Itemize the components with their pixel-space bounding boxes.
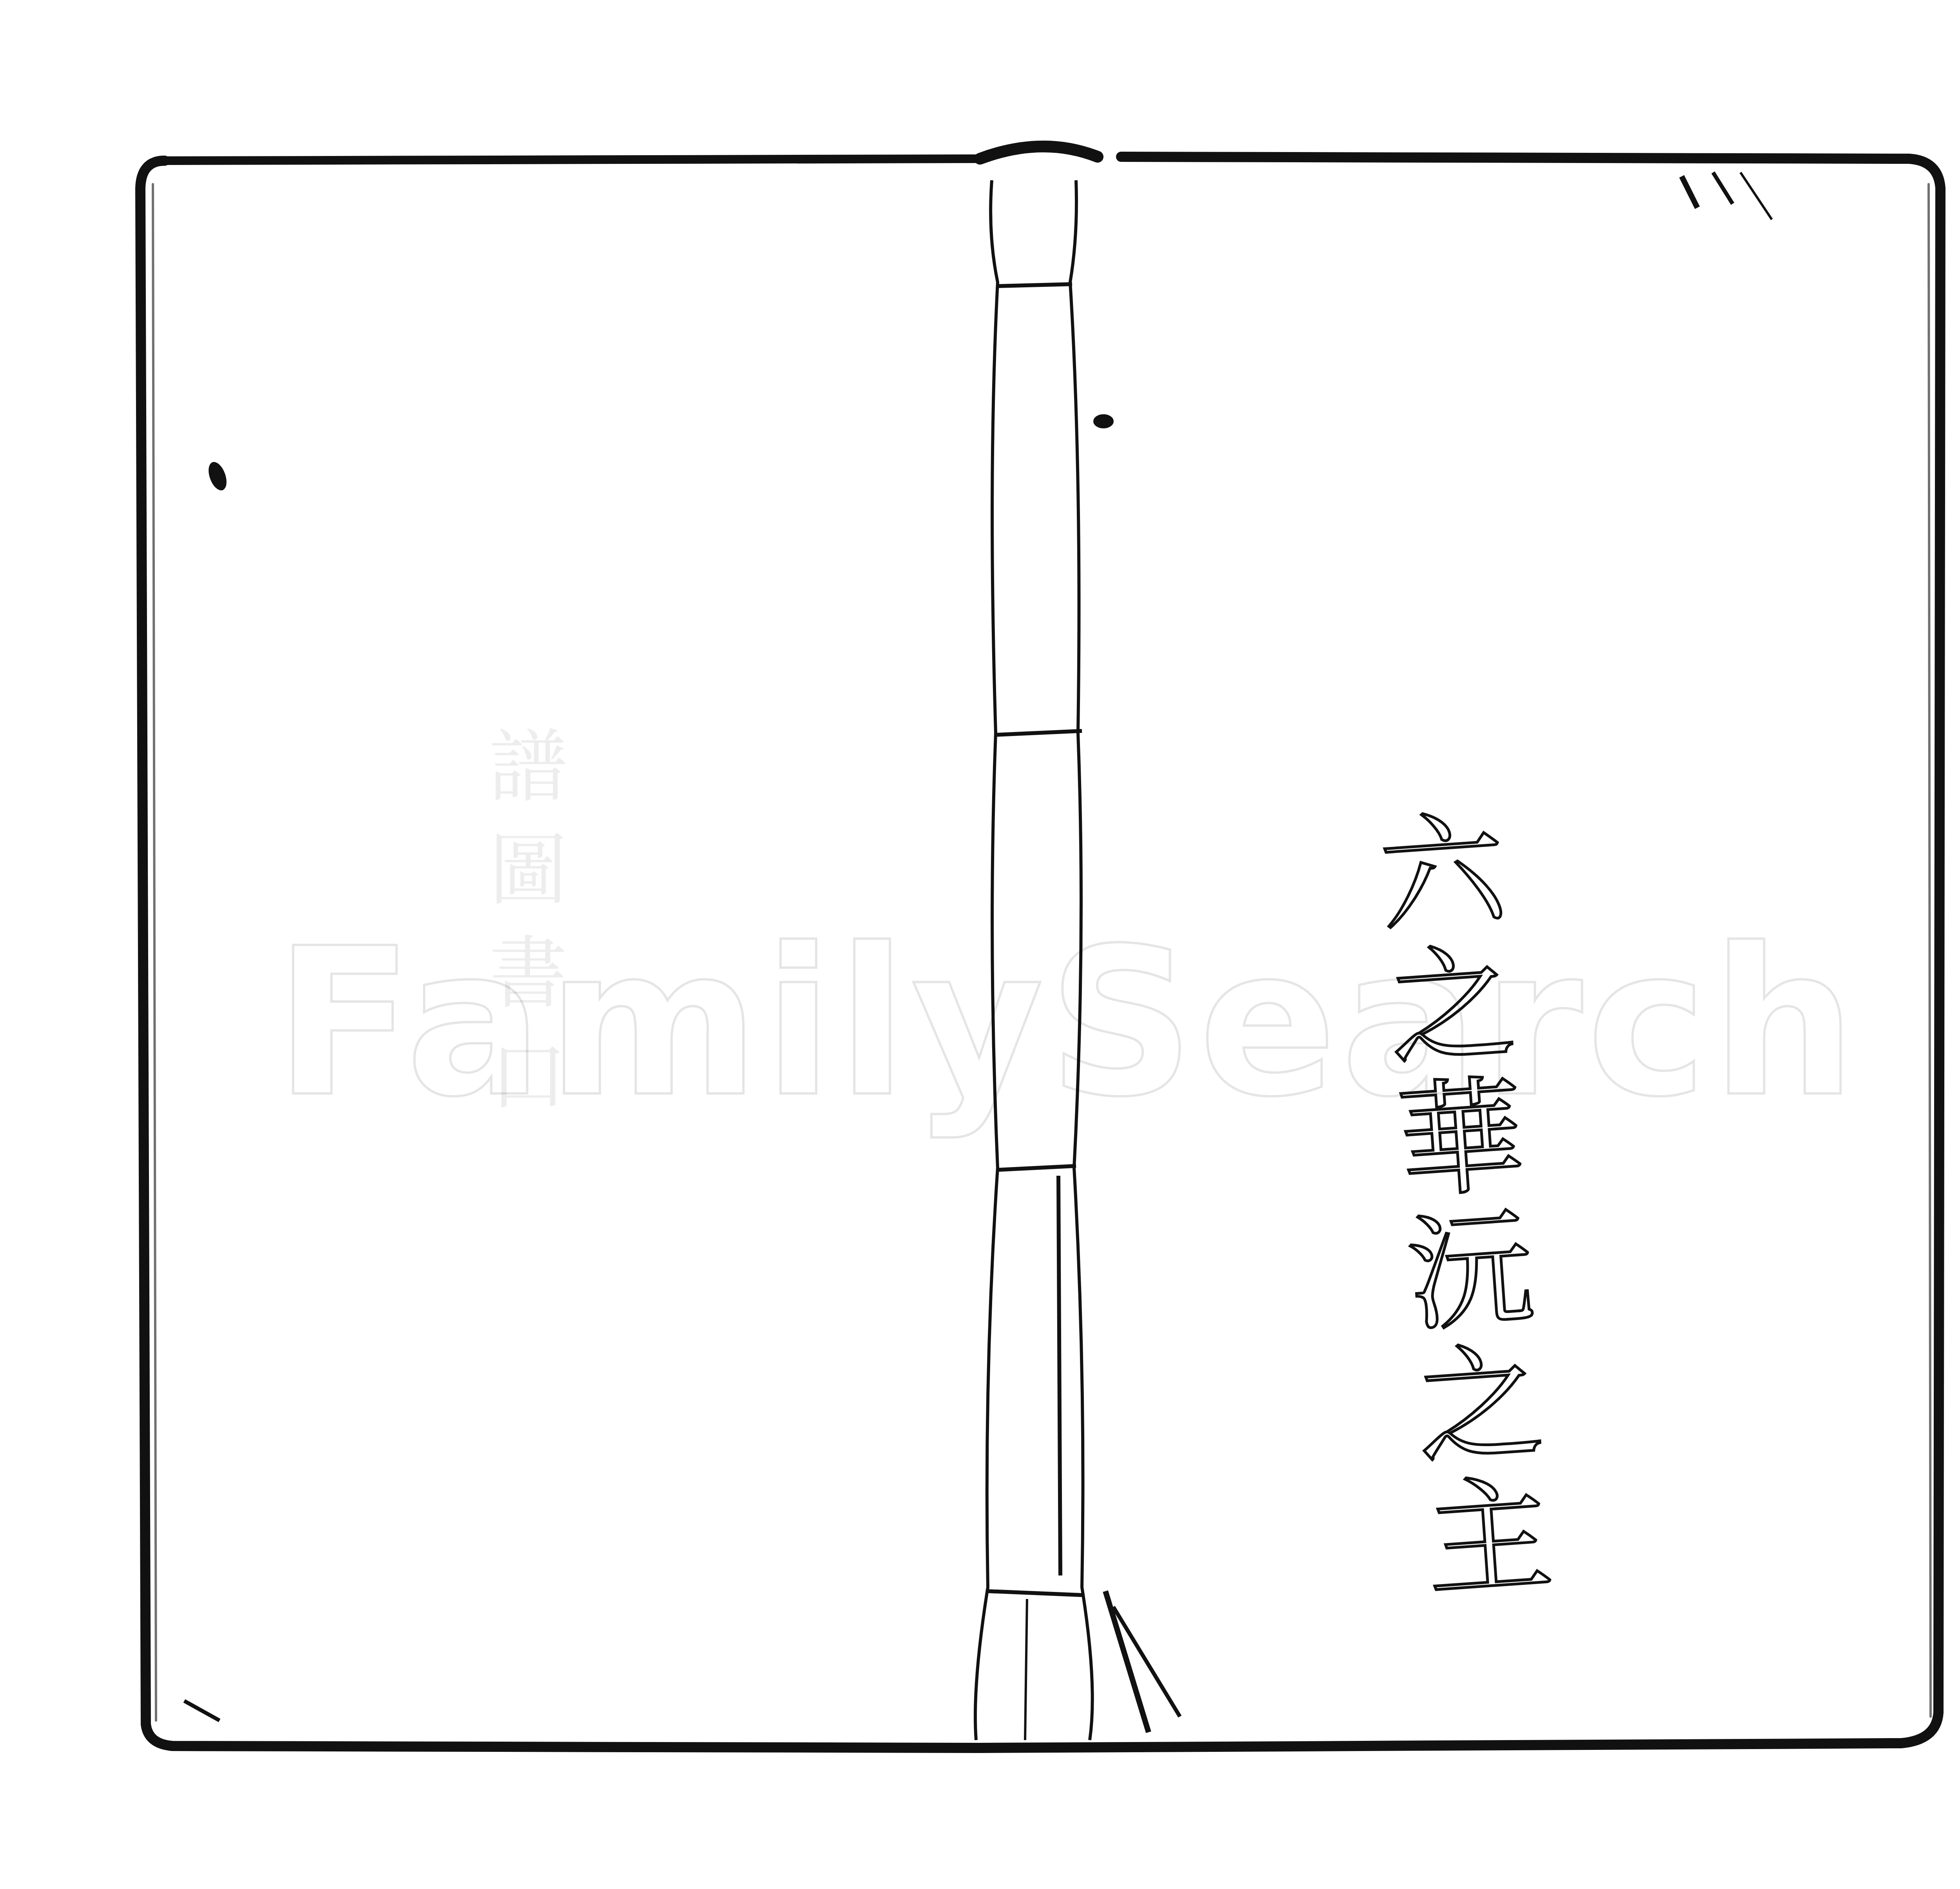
familysearch-watermark: FamilySearch — [274, 913, 1921, 1133]
